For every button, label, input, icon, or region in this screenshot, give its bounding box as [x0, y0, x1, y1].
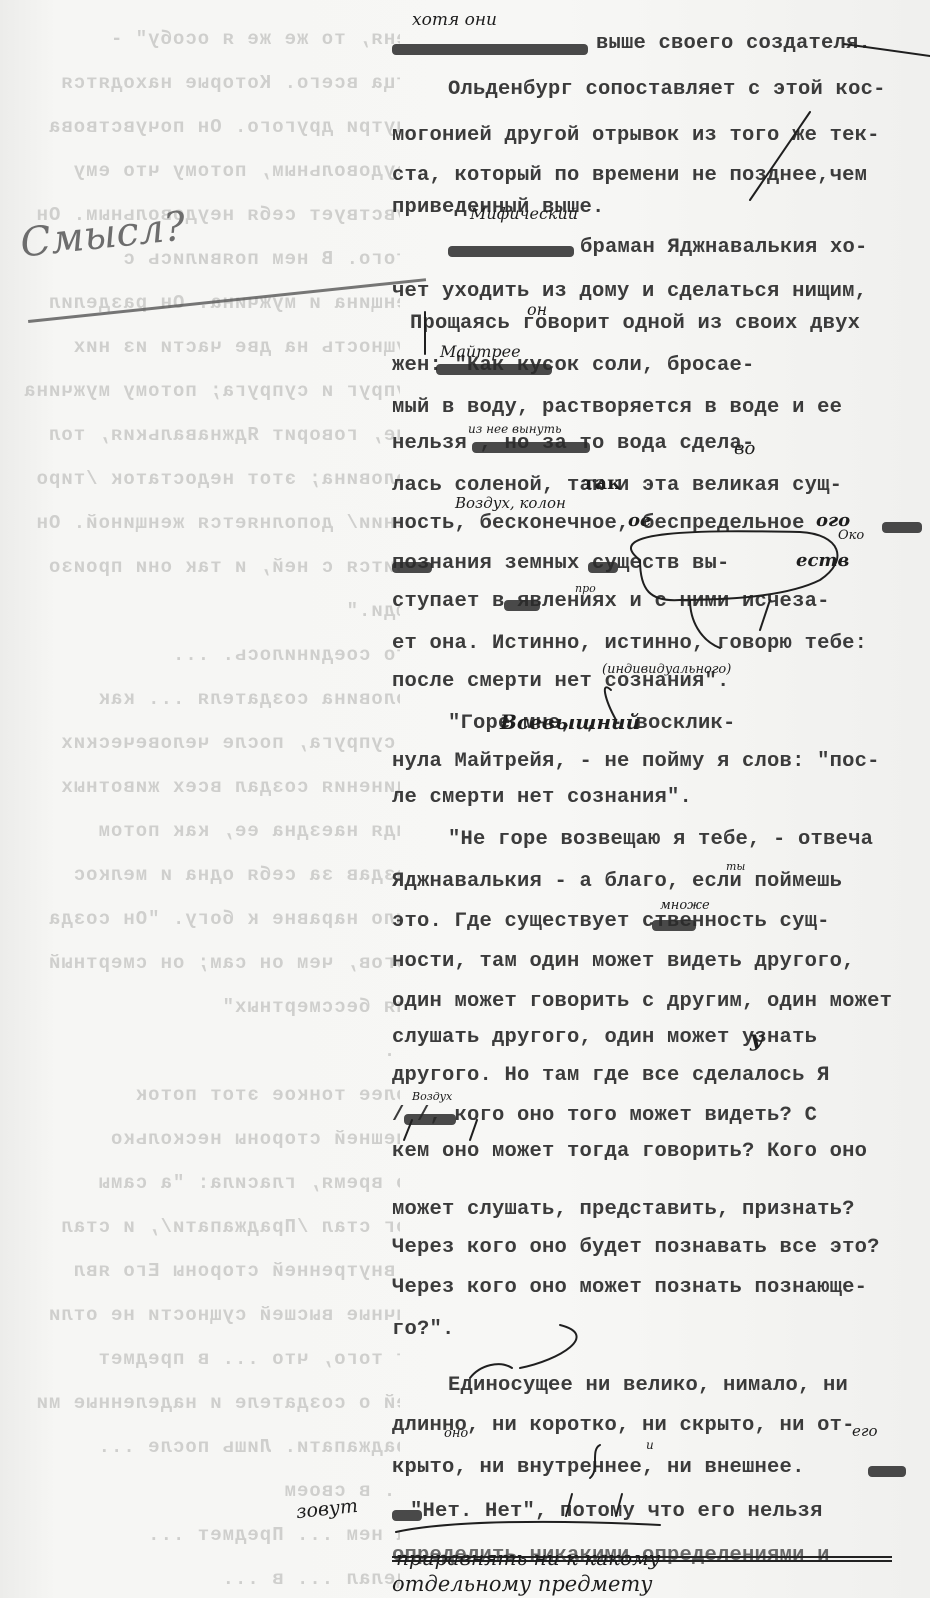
typed-line: Единосущее ни велико, нимало, ни	[448, 1374, 848, 1397]
bleed-line: то время, гласила: "а самы	[0, 1172, 400, 1194]
manuscript-page: меня, то же же я особу" - отца всего. Ко…	[0, 0, 930, 1598]
handwritten-note: он	[527, 300, 547, 319]
typed-line: ступает в явлениях и с ними исчеза-	[392, 590, 830, 613]
redaction-strike	[392, 44, 588, 55]
bleed-line: Более тонкое этот поток	[0, 1084, 400, 1106]
bleed-line: Праджапати. Лишь после ...	[0, 1436, 400, 1458]
typed-line: Через кого оно может познать познающе-	[392, 1276, 867, 1299]
redaction-strike	[448, 246, 574, 257]
handwritten-note: приравнять ни к какому	[396, 1546, 660, 1570]
bleed-line: видя наездна ее, как потом	[0, 820, 400, 842]
bleed-line: единения создал всех животных	[0, 776, 400, 798]
handwritten-note: Воздух, колон	[455, 494, 566, 512]
bleed-line: создав за себя одна и мелкос	[0, 864, 400, 886]
handwritten-note: хотя они	[412, 10, 497, 30]
redaction-strike	[588, 562, 618, 573]
typed-line: нула Майтрейя, - не пойму я слов: "пос-	[392, 750, 880, 773]
typed-line: "Нет. Нет", потому что его нельзя	[410, 1500, 823, 1523]
typed-line: другого. Но там где все сделалось Я	[392, 1064, 830, 1087]
redaction-strike	[882, 522, 922, 533]
handwritten-note: еств	[796, 550, 849, 571]
typed-line: ста, который по времени не позднее,чем	[392, 164, 867, 187]
bleed-line: и супруга, после человеческих	[0, 732, 400, 754]
redaction-strike	[436, 364, 552, 375]
typed-line: один может говорить с другим, один может	[392, 990, 892, 1013]
handwritten-note: оно	[444, 1426, 468, 1441]
typed-line: Яджнавалькия - а благо, если поймешь	[392, 870, 842, 893]
bleed-line: внешней стороны несколько	[0, 1128, 400, 1150]
bleed-line: неудовольным, потому что ему	[0, 160, 400, 182]
handwritten-note: Мифический	[470, 204, 578, 223]
bleed-line: для бессмертных"	[0, 996, 400, 1018]
handwritten-note: Воздух	[412, 1090, 452, 1103]
typed-line: ет она. Истинно, истинно, говорю тебе:	[392, 632, 867, 655]
handwritten-note: Майтрее	[440, 342, 521, 361]
handwritten-note: и	[646, 1438, 654, 1452]
bleed-line: вне, говорит Яджнавалькия, тол	[0, 424, 400, 446]
typed-line: ле смерти нет сознания".	[392, 786, 692, 809]
handwritten-note: у	[750, 1026, 763, 1052]
bleed-line: половина; этот недостаток /тиро	[0, 468, 400, 490]
handwritten-note: отдельному предмету	[392, 1572, 652, 1596]
bleed-line: внутри другого. Он почувствова	[0, 116, 400, 138]
bleed-line: люди."	[0, 600, 400, 622]
typed-line: го?".	[392, 1318, 455, 1341]
handwritten-note: Всевышний	[500, 710, 640, 734]
typed-line: мый в воду, растворяется в воде и ее	[392, 396, 842, 419]
handwritten-note: (индивидуального)	[602, 662, 731, 677]
typed-line: чет уходить из дому и сделаться нищим,	[392, 280, 867, 303]
redaction-strike	[652, 920, 696, 931]
typed-line: это. Где существует ственность сущ-	[392, 910, 830, 933]
handwritten-note: ое	[628, 510, 651, 531]
typed-line: браман Яджнавалькия хо-	[580, 236, 868, 259]
redaction-strike	[868, 1466, 906, 1477]
handwritten-note: про	[575, 582, 596, 595]
typed-line: Ольденбург сопоставляет с этой кос-	[448, 78, 886, 101]
bleed-line: от того, что ... в предмет	[0, 1348, 400, 1370]
typed-line: Через кого оно будет познавать все это?	[392, 1236, 880, 1259]
bleed-line: меня, то же же я особу" -	[0, 28, 400, 50]
typed-line: / /, кого оно того может видеть? С	[392, 1104, 817, 1127]
redaction-strike	[504, 600, 540, 611]
redaction-strike	[404, 1114, 456, 1125]
typed-line: Прощаясь говорит одной из своих двух	[410, 312, 860, 335]
typed-line: могонией другой отрывок из того же тек-	[392, 124, 880, 147]
bleed-line: чении/ дополняется женщиной. Он	[0, 512, 400, 534]
bleed-line: личные высшей сущности не отли	[0, 1304, 400, 1326]
typed-line: ность, бесконечное, беспредельное	[392, 512, 805, 535]
bleed-line: с внутренней стороны Его явл	[0, 1260, 400, 1282]
bleed-line: бог стал /Праджапати/, и стал	[0, 1216, 400, 1238]
handwritten-note: из нее вынуть	[468, 422, 562, 436]
typed-line: может слушать, представить, признать?	[392, 1198, 855, 1221]
handwritten-note: Око	[838, 528, 864, 543]
typed-line: ности, там один может видеть другого,	[392, 950, 855, 973]
bleed-line: ...	[0, 1040, 400, 1062]
typed-line: крыто, ни внутреннее, ни внешнее.	[392, 1456, 805, 1479]
bleed-line: половина создателя ... как	[0, 688, 400, 710]
typed-line: кем оно может тогда говорить? Кого оно	[392, 1140, 867, 1163]
redaction-strike	[472, 442, 590, 453]
handwritten-note: множе	[660, 898, 710, 913]
bleed-line: сущность на две части из них	[0, 336, 400, 358]
typed-line: познания земных существ вы-	[392, 552, 730, 575]
bleed-line: ней о создателе и наделенные ми	[0, 1392, 400, 1414]
handwritten-note: его	[852, 1422, 878, 1440]
handwritten-note: так	[583, 472, 621, 494]
bleed-line: Это соединилось. ...	[0, 644, 400, 666]
redaction-strike	[392, 562, 432, 573]
bleed-line: богов, чем он сам; он смертный	[0, 952, 400, 974]
bleed-line: явится с ней, и так они произо	[0, 556, 400, 578]
handwritten-note: во	[734, 438, 755, 459]
bleed-line: сделал ... в ...	[0, 1568, 400, 1590]
typed-line: "Не горе возвещаю я тебе, - отвеча	[448, 828, 873, 851]
handwritten-note: ты	[726, 860, 745, 873]
bleed-line: отца всего. Которые находятся	[0, 72, 400, 94]
redaction-strike	[392, 1510, 422, 1521]
bleed-line: было наравне к богу. "Он созда	[0, 908, 400, 930]
bleed-line: на нем ... Предмет ...	[0, 1524, 400, 1546]
bleed-line: супруг и супруга; потому мужчина	[0, 380, 400, 402]
typed-line: выше своего создателя.	[596, 32, 871, 55]
